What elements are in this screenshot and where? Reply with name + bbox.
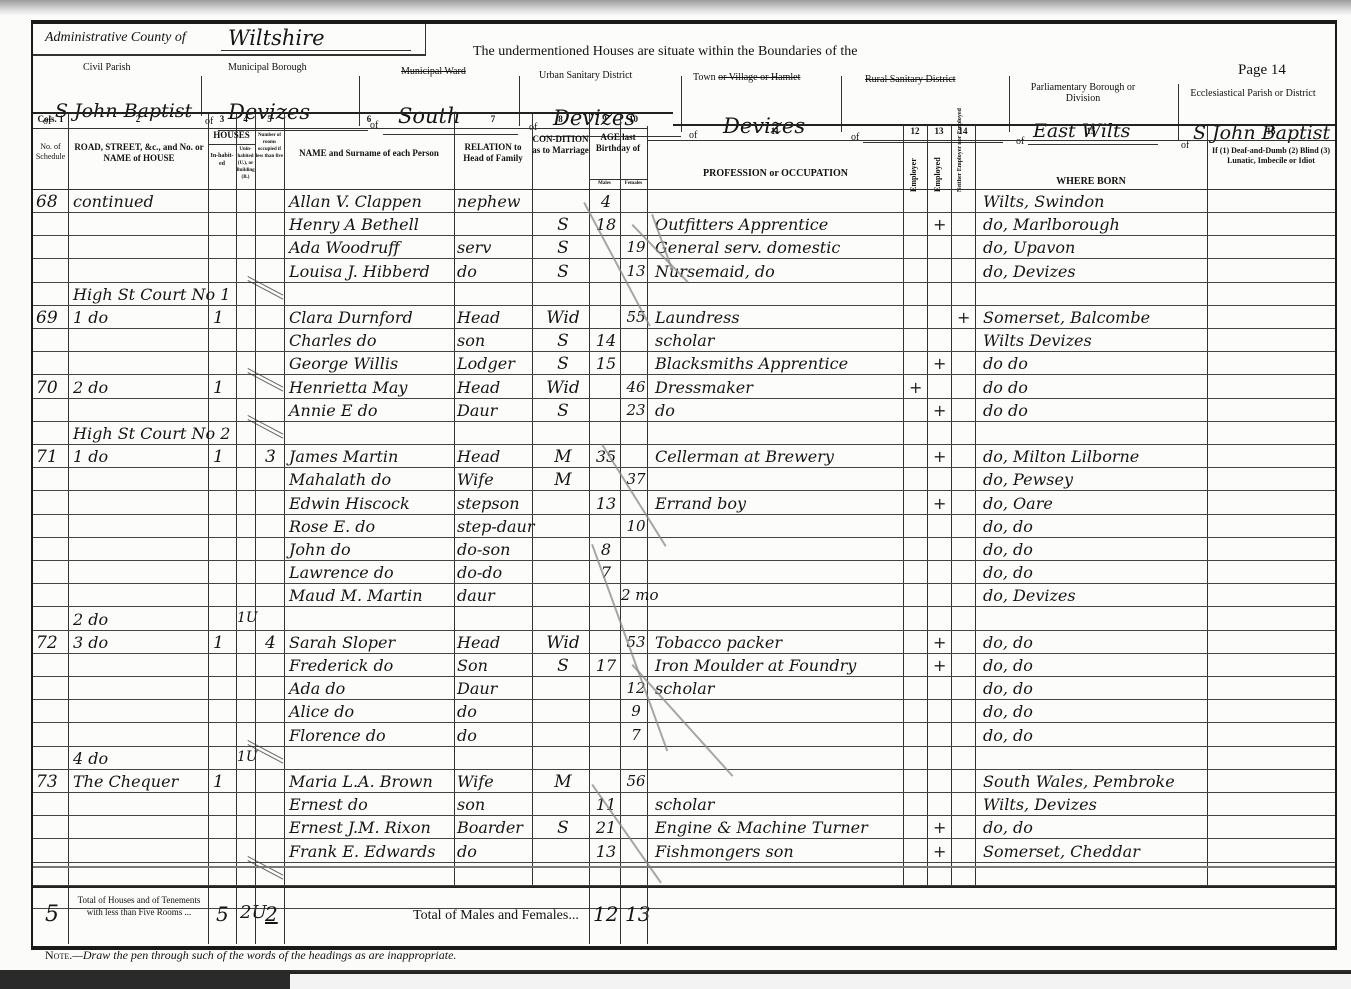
col-number-10: 10 [620, 114, 647, 124]
table-row [33, 610, 1335, 633]
cell-inhabited: 1 [213, 378, 235, 398]
cell-name: Maria L.A. Brown [289, 772, 459, 791]
cell-born: do, Pewsey [983, 470, 1213, 489]
cell-born: do, do [983, 563, 1213, 582]
cell-condition: S [538, 401, 588, 421]
cell-condition: S [538, 331, 588, 351]
total-males: 12 [593, 902, 618, 926]
col-number-2: 2 [68, 114, 208, 124]
cell-condition: M [538, 470, 588, 490]
cell-occupation: Dressmaker [655, 378, 905, 397]
header-c8: CON-DITION as to Marriage [532, 134, 589, 156]
cell-inhabited: 1 [213, 772, 235, 792]
header-c7: RELATION to Head of Family [454, 142, 532, 164]
cell-name: Rose E. do [289, 517, 459, 536]
cell-condition: S [538, 238, 588, 258]
cell-condition: S [538, 354, 588, 374]
cell-name: Florence do [289, 726, 459, 745]
cell-name: Henry A Bethell [289, 215, 459, 234]
header-c5: Number of rooms occupied if less than fi… [255, 132, 284, 160]
total-schedules: 5 [45, 902, 59, 927]
cell-occupation: Nursemaid, do [655, 262, 905, 281]
total-uninhabited: 2U [240, 902, 267, 923]
totals-row: 5 Total of Houses and of Tenements with … [33, 886, 1335, 944]
cell-born: do, do [983, 818, 1213, 837]
cell-occupation: Tobacco packer [655, 633, 905, 652]
cell-male_age: 4 [591, 192, 621, 211]
cell-relation: son [457, 795, 537, 814]
cell-female_age: 2 mo [621, 586, 651, 604]
employed-mark: + [933, 215, 946, 234]
cell-born: do, do [983, 726, 1213, 745]
cell-condition: M [538, 772, 588, 792]
cell-relation: do [457, 702, 537, 721]
county-box: Administrative County of Wiltshire [33, 24, 426, 56]
cell-born: do, Devizes [983, 262, 1213, 281]
col-number-8: 8 [532, 114, 589, 124]
cell-rooms: 3 [265, 447, 283, 467]
col-number-1: Cols. 1 [33, 114, 68, 124]
total-houses-label: Total of Houses and of Tenements with le… [75, 894, 203, 918]
employed-mark: + [933, 401, 946, 420]
employed-mark: + [933, 656, 946, 675]
census-sheet: Administrative County of Wiltshire The u… [31, 20, 1337, 950]
note-label: Note. [45, 948, 72, 962]
cell-schedule: 71 [36, 447, 68, 467]
cell-condition: Wid [538, 633, 588, 653]
cell-schedule: 68 [36, 192, 68, 212]
cell-name: Mahalath do [289, 470, 459, 489]
col-number-16: 16 [1207, 126, 1335, 136]
total-rooms: 2 [265, 902, 278, 926]
cell-relation: step-daur [457, 517, 537, 536]
cell-born: do, do [983, 702, 1213, 721]
cell-female_age: 9 [621, 702, 651, 720]
cell-inhabited: 1 [213, 447, 235, 467]
cell-born: Wilts, Devizes [983, 795, 1213, 814]
header-c11: PROFESSION or OCCUPATION [653, 168, 898, 180]
cell-name: Alice do [289, 702, 459, 721]
neither-mark: + [957, 308, 970, 327]
cell-occupation: Outfitters Apprentice [655, 215, 905, 234]
header-c13: Employed [933, 146, 942, 192]
cell-born: do, do [983, 540, 1213, 559]
cell-born: do, do [983, 633, 1213, 652]
cell-relation: do-do [457, 563, 537, 582]
cell-address: 1 do [73, 308, 223, 327]
header-c6: NAME and Surname of each Person [288, 148, 450, 159]
cell-schedule: 70 [36, 378, 68, 398]
cell-female_age: 23 [621, 401, 651, 419]
county-label: Administrative County of [45, 30, 186, 46]
cell-schedule: 72 [36, 633, 68, 653]
cell-relation: Daur [457, 679, 537, 698]
employed-mark: + [933, 354, 946, 373]
cell-born: Somerset, Balcombe [983, 308, 1213, 327]
cell-address: continued [73, 192, 223, 211]
cell-relation: Boarder [457, 818, 537, 837]
col-number-7: 7 [454, 114, 532, 124]
cell-name: James Martin [289, 447, 459, 466]
cell-address: High St Court No 2 [73, 424, 223, 443]
cell-rooms: 4 [265, 633, 283, 653]
cell-condition: S [538, 656, 588, 676]
cell-relation: do [457, 262, 537, 281]
scan-top-shadow [0, 0, 1351, 16]
employed-mark: + [933, 818, 946, 837]
table-row [33, 749, 1335, 772]
header-age: AGE last Birthday of [589, 132, 647, 154]
cell-born: South Wales, Pembroke [983, 772, 1213, 791]
cell-relation: Lodger [457, 354, 537, 373]
cell-born: do, Marlborough [983, 215, 1213, 234]
cell-name: John do [289, 540, 459, 559]
total-persons-label: Total of Males and Females... [413, 908, 579, 924]
cell-address: 2 do [73, 378, 223, 397]
footer-note: Note.—Draw the pen through such of the w… [45, 948, 456, 963]
cell-born: do, do [983, 656, 1213, 675]
cell-female_age: 7 [621, 726, 651, 744]
cell-occupation: do [655, 401, 905, 420]
cell-relation: daur [457, 586, 537, 605]
total-inhabited: 5 [216, 902, 229, 926]
cell-born: do do [983, 378, 1213, 397]
cell-condition: S [538, 818, 588, 838]
cell-address: High St Court No 1 [73, 285, 223, 304]
cell-name: Annie E do [289, 401, 459, 420]
header-c9: Males [589, 181, 620, 186]
col-number-3: 3 [208, 114, 236, 124]
cell-born: Somerset, Cheddar [983, 842, 1213, 861]
municipal-borough-label: Municipal Borough [228, 62, 307, 73]
header-c1: No. of Schedule [33, 142, 68, 162]
cell-relation: Head [457, 308, 537, 327]
cell-name: Ada do [289, 679, 459, 698]
cell-male_age: 17 [591, 656, 621, 675]
cell-born: do, Devizes [983, 586, 1213, 605]
employed-mark: + [933, 447, 946, 466]
col-number-11: 11 [647, 126, 903, 136]
employer-mark: + [909, 378, 922, 397]
cell-born: do do [983, 401, 1213, 420]
cell-name: Ernest J.M. Rixon [289, 818, 459, 837]
employed-mark: + [933, 633, 946, 652]
end-of-entries-line [33, 866, 1335, 868]
cell-male_age: 14 [591, 331, 621, 350]
county-value: Wiltshire [228, 26, 325, 50]
urban-sanitary-district-label: Urban Sanitary District [539, 70, 632, 81]
cell-born: do, do [983, 517, 1213, 536]
cell-condition: M [538, 447, 588, 467]
town-label: Town or Village or Hamlet [693, 72, 800, 83]
col-number-15: 15 [975, 126, 1207, 136]
cell-relation: Wife [457, 470, 537, 489]
cell-name: Lawrence do [289, 563, 459, 582]
municipal-ward-label: Municipal Ward [401, 66, 466, 77]
cell-female_age: 56 [621, 772, 651, 790]
cell-occupation: scholar [655, 795, 905, 814]
cell-uninhabited: 1U [237, 610, 257, 626]
header-c2: ROAD, STREET, &c., and No. or NAME of HO… [71, 142, 207, 164]
cell-address: 4 do [73, 749, 223, 768]
cell-female_age: 13 [621, 262, 651, 280]
cell-relation: stepson [457, 494, 537, 513]
cell-name: Sarah Sloper [289, 633, 459, 652]
cell-schedule: 69 [36, 308, 68, 328]
cell-address: The Chequer [73, 772, 223, 791]
cell-occupation: Errand boy [655, 494, 905, 513]
cell-name: George Willis [289, 354, 459, 373]
header-c16: If (1) Deaf-and-Dumb (2) Blind (3) Lunat… [1209, 146, 1333, 166]
cell-occupation: General serv. domestic [655, 238, 905, 257]
cell-male_age: 13 [591, 494, 621, 513]
cell-name: Ernest do [289, 795, 459, 814]
cell-relation: serv [457, 238, 537, 257]
cell-occupation: Blacksmiths Apprentice [655, 354, 905, 373]
header-c15: WHERE BORN [978, 176, 1204, 188]
note-text: —Draw the pen through such of the words … [72, 948, 456, 962]
header-c14: Neither Employer nor Employed [957, 146, 963, 192]
cell-relation: Head [457, 633, 537, 652]
employed-mark: + [933, 494, 946, 513]
cell-address: 2 do [73, 610, 223, 629]
cell-born: Wilts, Swindon [983, 192, 1213, 211]
col-number-5: 5 [255, 114, 284, 124]
civil-parish-label: Civil Parish [83, 62, 131, 73]
cell-name: Frank E. Edwards [289, 842, 459, 861]
col-number-6: 6 [284, 114, 454, 124]
cell-relation: do [457, 726, 537, 745]
cell-condition: S [538, 215, 588, 235]
header-houses: HOUSES [208, 130, 255, 140]
cell-male_age: 13 [591, 842, 621, 861]
cell-inhabited: 1 [213, 633, 235, 653]
cell-name: Maud M. Martin [289, 586, 459, 605]
cell-relation: Son [457, 656, 537, 675]
cell-name: Louisa J. Hibberd [289, 262, 459, 281]
cell-occupation: Cellerman at Brewery [655, 447, 905, 466]
col-number-14: 14 [951, 126, 975, 136]
ecclesiastical-parish-label: Ecclesiastical Parish or District [1183, 88, 1323, 99]
cell-condition: Wid [538, 378, 588, 398]
cell-name: Clara Durnford [289, 308, 459, 327]
cell-name: Edwin Hiscock [289, 494, 459, 513]
cell-name: Allan V. Clappen [289, 192, 459, 211]
cell-condition: Wid [538, 308, 588, 328]
col-number-12: 12 [903, 126, 927, 136]
cell-name: Henrietta May [289, 378, 459, 397]
parliamentary-borough-label: Parliamentary Borough or Division [1018, 82, 1148, 104]
cell-relation: Head [457, 378, 537, 397]
cell-born: do, Upavon [983, 238, 1213, 257]
cell-born: do, Oare [983, 494, 1213, 513]
cell-relation: do-son [457, 540, 537, 559]
cell-relation: Daur [457, 401, 537, 420]
header-c3: In-habit-ed [209, 152, 235, 168]
cell-occupation: Fishmongers son [655, 842, 905, 861]
header-c12: Employer [909, 146, 918, 192]
cell-condition: S [538, 262, 588, 282]
cell-born: Wilts Devizes [983, 331, 1213, 350]
cell-relation: Head [457, 447, 537, 466]
cell-born: do, Milton Lilborne [983, 447, 1213, 466]
cell-relation: son [457, 331, 537, 350]
cell-schedule: 73 [36, 772, 68, 792]
cell-occupation: scholar [655, 331, 905, 350]
cell-occupation: Engine & Machine Turner [655, 818, 905, 837]
cell-relation: Wife [457, 772, 537, 791]
col-number-13: 13 [927, 126, 951, 136]
cell-inhabited: 1 [213, 308, 235, 328]
cell-name: Frederick do [289, 656, 459, 675]
cell-name: Ada Woodruff [289, 238, 459, 257]
cell-occupation: Iron Moulder at Foundry [655, 656, 905, 675]
header-c10: Females [620, 181, 647, 186]
cell-relation: do [457, 842, 537, 861]
cell-female_age: 10 [621, 517, 651, 535]
cell-address: 3 do [73, 633, 223, 652]
cell-female_age: 46 [621, 378, 651, 396]
cell-born: do, do [983, 679, 1213, 698]
cell-name: Charles do [289, 331, 459, 350]
cell-address: 1 do [73, 447, 223, 466]
cell-male_age: 15 [591, 354, 621, 373]
col-number-4: 4 [236, 114, 255, 124]
header-c4: Unin-habited (U.), or Building (B.) [236, 146, 255, 181]
col-number-9: 9 [589, 114, 620, 124]
cell-occupation: scholar [655, 679, 905, 698]
cell-born: do do [983, 354, 1213, 373]
cell-occupation: Laundress [655, 308, 905, 327]
rural-sanitary-district-label: Rural Sanitary District [865, 74, 956, 85]
cell-relation: nephew [457, 192, 537, 211]
cell-uninhabited: 1U [237, 749, 257, 765]
scan-bottom-edge [0, 970, 1351, 989]
employed-mark: + [933, 842, 946, 861]
